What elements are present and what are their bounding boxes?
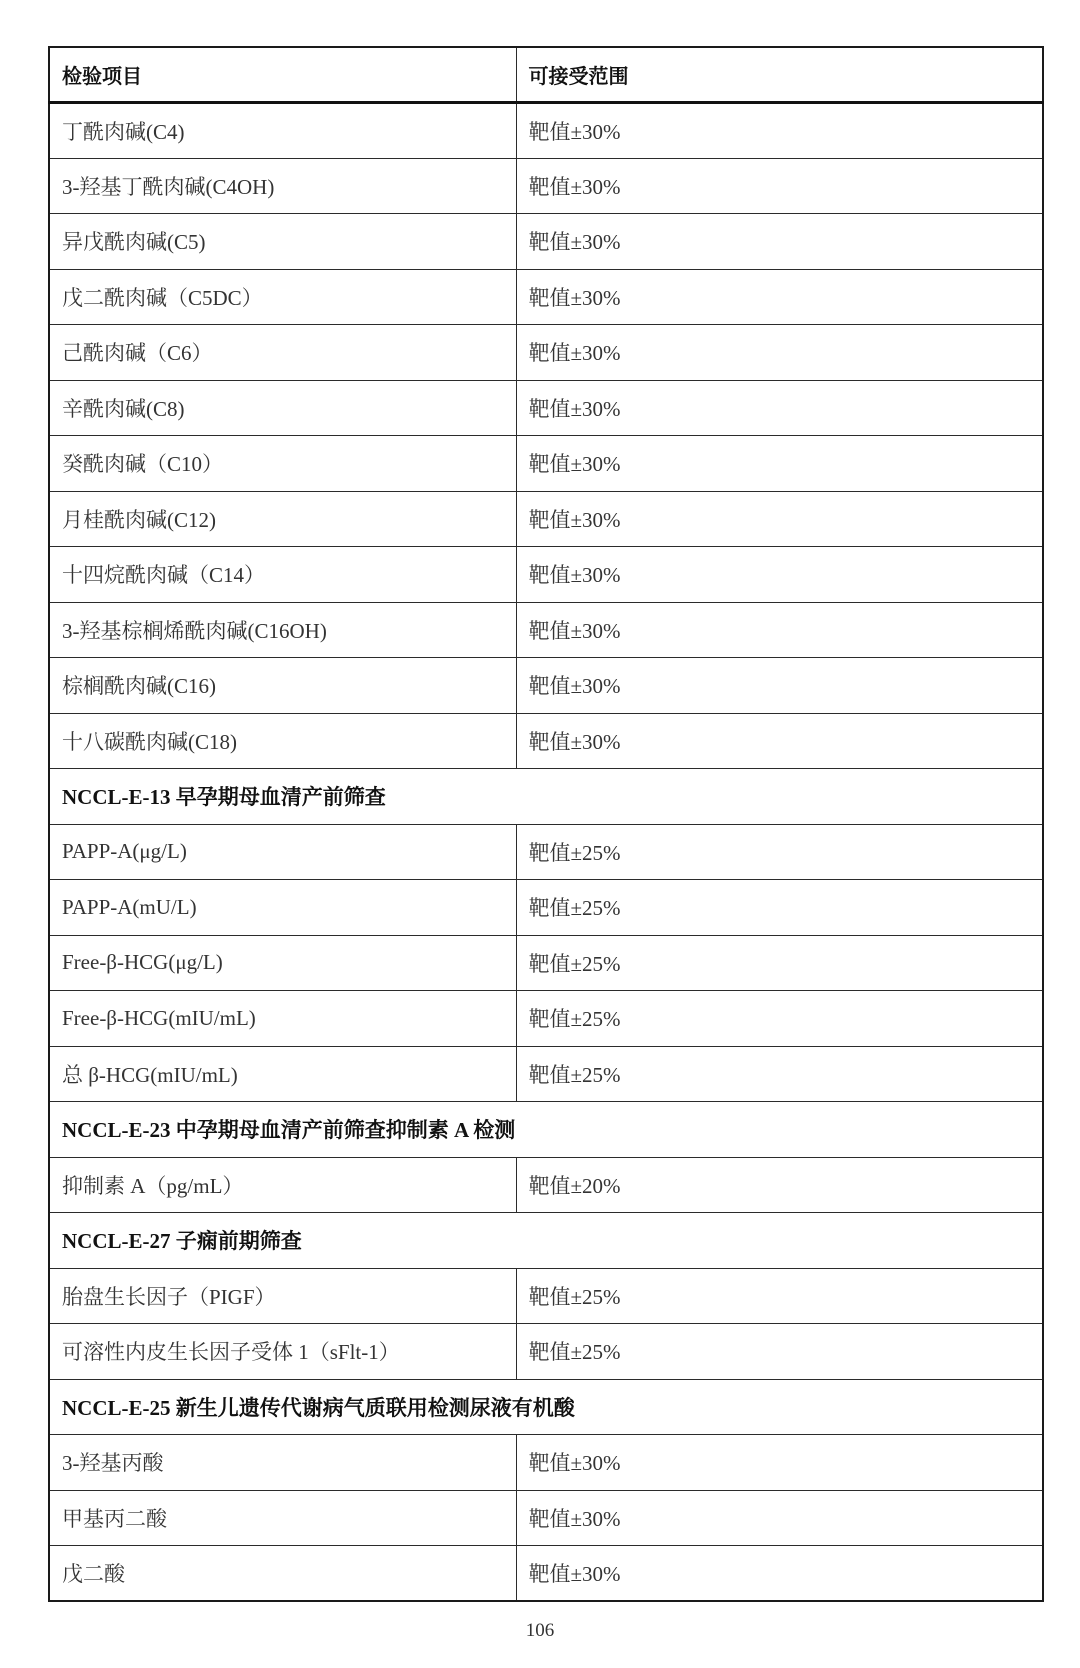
section-title: NCCL-E-13 早孕期母血清产前筛查 xyxy=(49,769,1043,825)
acceptable-range-cell: 靶值±20% xyxy=(516,1157,1043,1213)
test-item-cell: PAPP-A(μg/L) xyxy=(49,824,516,880)
acceptable-range-cell: 靶值±30% xyxy=(516,269,1043,325)
acceptance-range-table: 检验项目 可接受范围 丁酰肉碱(C4)靶值±30%3-羟基丁酰肉碱(C4OH)靶… xyxy=(48,46,1044,1602)
acceptable-range-cell: 靶值±30% xyxy=(516,103,1043,159)
section-header-row: NCCL-E-13 早孕期母血清产前筛查 xyxy=(49,769,1043,825)
table-row: PAPP-A(μg/L)靶值±25% xyxy=(49,824,1043,880)
acceptable-range-cell: 靶值±30% xyxy=(516,436,1043,492)
test-item-cell: 总 β-HCG(mIU/mL) xyxy=(49,1046,516,1102)
section-title: NCCL-E-27 子痫前期筛查 xyxy=(49,1213,1043,1269)
test-item-cell: 甲基丙二酸 xyxy=(49,1490,516,1546)
table-row: 戊二酰肉碱（C5DC）靶值±30% xyxy=(49,269,1043,325)
table-row: 总 β-HCG(mIU/mL)靶值±25% xyxy=(49,1046,1043,1102)
acceptable-range-cell: 靶值±25% xyxy=(516,880,1043,936)
test-item-cell: 辛酰肉碱(C8) xyxy=(49,380,516,436)
acceptable-range-cell: 靶值±30% xyxy=(516,658,1043,714)
table-row: Free-β-HCG(mIU/mL)靶值±25% xyxy=(49,991,1043,1047)
acceptable-range-cell: 靶值±25% xyxy=(516,991,1043,1047)
table-row: 3-羟基棕榈烯酰肉碱(C16OH)靶值±30% xyxy=(49,602,1043,658)
table-header-row: 检验项目 可接受范围 xyxy=(49,47,1043,103)
acceptable-range-cell: 靶值±30% xyxy=(516,158,1043,214)
table-row: 异戊酰肉碱(C5)靶值±30% xyxy=(49,214,1043,270)
acceptable-range-cell: 靶值±30% xyxy=(516,325,1043,381)
section-header-row: NCCL-E-27 子痫前期筛查 xyxy=(49,1213,1043,1269)
acceptable-range-cell: 靶值±30% xyxy=(516,547,1043,603)
table-row: 癸酰肉碱（C10）靶值±30% xyxy=(49,436,1043,492)
table-row: 辛酰肉碱(C8)靶值±30% xyxy=(49,380,1043,436)
test-item-cell: 十四烷酰肉碱（C14） xyxy=(49,547,516,603)
column-header-acceptable-range: 可接受范围 xyxy=(516,47,1043,103)
test-item-cell: 癸酰肉碱（C10） xyxy=(49,436,516,492)
table-row: 抑制素 A（pg/mL）靶值±20% xyxy=(49,1157,1043,1213)
page-number: 106 xyxy=(0,1620,1080,1642)
table-row: 十八碳酰肉碱(C18)靶值±30% xyxy=(49,713,1043,769)
document-page: 检验项目 可接受范围 丁酰肉碱(C4)靶值±30%3-羟基丁酰肉碱(C4OH)靶… xyxy=(0,0,1080,1668)
test-item-cell: Free-β-HCG(μg/L) xyxy=(49,935,516,991)
table-row: 可溶性内皮生长因子受体 1（sFlt-1）靶值±25% xyxy=(49,1324,1043,1380)
acceptable-range-cell: 靶值±30% xyxy=(516,1546,1043,1602)
table-row: PAPP-A(mU/L)靶值±25% xyxy=(49,880,1043,936)
test-item-cell: 3-羟基丁酰肉碱(C4OH) xyxy=(49,158,516,214)
test-item-cell: 抑制素 A（pg/mL） xyxy=(49,1157,516,1213)
acceptable-range-cell: 靶值±25% xyxy=(516,1268,1043,1324)
test-item-cell: 可溶性内皮生长因子受体 1（sFlt-1） xyxy=(49,1324,516,1380)
table-row: 甲基丙二酸靶值±30% xyxy=(49,1490,1043,1546)
table-row: Free-β-HCG(μg/L)靶值±25% xyxy=(49,935,1043,991)
test-item-cell: 异戊酰肉碱(C5) xyxy=(49,214,516,270)
test-item-cell: 3-羟基棕榈烯酰肉碱(C16OH) xyxy=(49,602,516,658)
test-item-cell: PAPP-A(mU/L) xyxy=(49,880,516,936)
acceptable-range-cell: 靶值±30% xyxy=(516,713,1043,769)
acceptable-range-cell: 靶值±25% xyxy=(516,1046,1043,1102)
acceptable-range-cell: 靶值±30% xyxy=(516,214,1043,270)
table-row: 月桂酰肉碱(C12)靶值±30% xyxy=(49,491,1043,547)
acceptable-range-cell: 靶值±30% xyxy=(516,491,1043,547)
section-title: NCCL-E-25 新生儿遗传代谢病气质联用检测尿液有机酸 xyxy=(49,1379,1043,1435)
table-row: 棕榈酰肉碱(C16)靶值±30% xyxy=(49,658,1043,714)
test-item-cell: 丁酰肉碱(C4) xyxy=(49,103,516,159)
table-row: 丁酰肉碱(C4)靶值±30% xyxy=(49,103,1043,159)
table-body: 丁酰肉碱(C4)靶值±30%3-羟基丁酰肉碱(C4OH)靶值±30%异戊酰肉碱(… xyxy=(49,103,1043,1602)
test-item-cell: 3-羟基丙酸 xyxy=(49,1435,516,1491)
table-row: 己酰肉碱（C6）靶值±30% xyxy=(49,325,1043,381)
test-item-cell: 己酰肉碱（C6） xyxy=(49,325,516,381)
section-title: NCCL-E-23 中孕期母血清产前筛查抑制素 A 检测 xyxy=(49,1102,1043,1158)
table-row: 十四烷酰肉碱（C14）靶值±30% xyxy=(49,547,1043,603)
acceptable-range-cell: 靶值±30% xyxy=(516,1490,1043,1546)
acceptable-range-cell: 靶值±30% xyxy=(516,380,1043,436)
test-item-cell: 棕榈酰肉碱(C16) xyxy=(49,658,516,714)
section-header-row: NCCL-E-23 中孕期母血清产前筛查抑制素 A 检测 xyxy=(49,1102,1043,1158)
test-item-cell: 戊二酸 xyxy=(49,1546,516,1602)
test-item-cell: 戊二酰肉碱（C5DC） xyxy=(49,269,516,325)
table-row: 胎盘生长因子（PIGF）靶值±25% xyxy=(49,1268,1043,1324)
section-header-row: NCCL-E-25 新生儿遗传代谢病气质联用检测尿液有机酸 xyxy=(49,1379,1043,1435)
table-row: 戊二酸靶值±30% xyxy=(49,1546,1043,1602)
test-item-cell: 月桂酰肉碱(C12) xyxy=(49,491,516,547)
acceptable-range-cell: 靶值±30% xyxy=(516,602,1043,658)
column-header-test-item: 检验项目 xyxy=(49,47,516,103)
test-item-cell: Free-β-HCG(mIU/mL) xyxy=(49,991,516,1047)
acceptable-range-cell: 靶值±25% xyxy=(516,935,1043,991)
table-row: 3-羟基丙酸靶值±30% xyxy=(49,1435,1043,1491)
test-item-cell: 胎盘生长因子（PIGF） xyxy=(49,1268,516,1324)
acceptable-range-cell: 靶值±25% xyxy=(516,1324,1043,1380)
acceptable-range-cell: 靶值±30% xyxy=(516,1435,1043,1491)
test-item-cell: 十八碳酰肉碱(C18) xyxy=(49,713,516,769)
table-row: 3-羟基丁酰肉碱(C4OH)靶值±30% xyxy=(49,158,1043,214)
acceptable-range-cell: 靶值±25% xyxy=(516,824,1043,880)
